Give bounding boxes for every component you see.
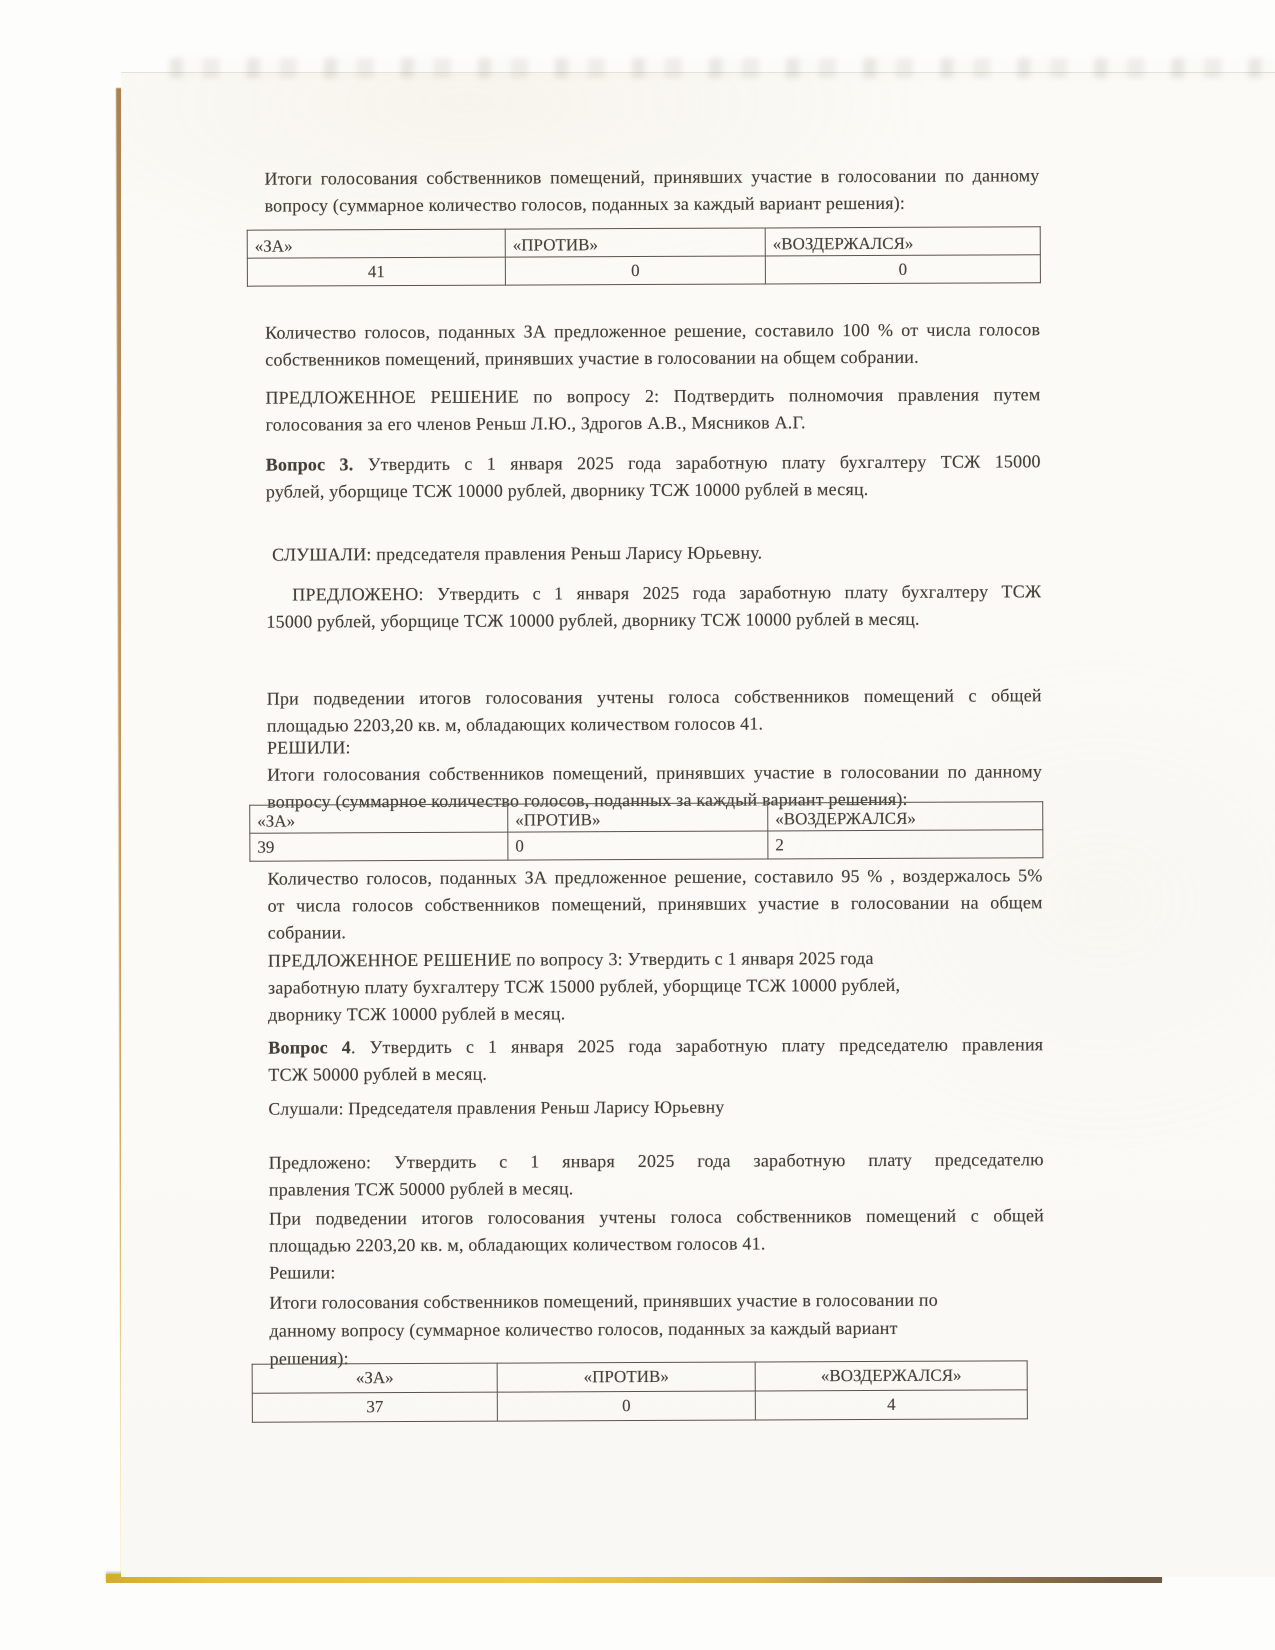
scanned-document-page: Итоги голосования собственников помещени… <box>0 0 1275 1650</box>
header-za: «ЗА» <box>247 229 505 258</box>
paragraph-results-intro-3: Итоги голосования собственников помещени… <box>269 1285 1019 1372</box>
paragraph-question-4: Вопрос 4. Утвердить с 1 января 2025 года… <box>268 1031 1043 1088</box>
question-4-text: . Утвердить с 1 января 2025 года заработ… <box>351 1034 1043 1057</box>
value-vozderzhalsya: 0 <box>765 255 1040 284</box>
paragraph-proposed-decision-q2: ПРЕДЛОЖЕННОЕ РЕШЕНИЕ по вопросу 2: Подтв… <box>265 381 1040 438</box>
paragraph-tally-q4: При подведении итогов голосования учтены… <box>269 1202 1044 1259</box>
vote-table-question3: «ЗА» «ПРОТИВ» «ВОЗДЕРЖАЛСЯ» 39 0 2 <box>249 801 1043 861</box>
question-4-label: Вопрос 4 <box>268 1037 351 1057</box>
paragraph-offered-q3: ПРЕДЛОЖЕНО: Утвердить с 1 января 2025 го… <box>266 578 1041 635</box>
paragraph-proposed-decision-q3: ПРЕДЛОЖЕННОЕ РЕШЕНИЕ по вопросу 3: Утвер… <box>268 944 1008 1028</box>
vote-table-values-row: 39 0 2 <box>250 830 1043 861</box>
header-vozderzhalsya: «ВОЗДЕРЖАЛСЯ» <box>768 802 1043 831</box>
header-protiv: «ПРОТИВ» <box>508 803 768 832</box>
vote-table-values-row: 41 0 0 <box>247 255 1040 286</box>
header-protiv: «ПРОТИВ» <box>497 1362 755 1392</box>
header-vozderzhalsya: «ВОЗДЕРЖАЛСЯ» <box>755 1361 1027 1391</box>
paragraph-votes-for-95: Количество голосов, поданных ЗА предложе… <box>267 862 1042 946</box>
paragraph-question-3: Вопрос 3. Утвердить с 1 января 2025 года… <box>266 448 1041 505</box>
value-vozderzhalsya: 2 <box>768 830 1043 859</box>
value-za: 39 <box>250 832 508 861</box>
page-content: Итоги голосования собственников помещени… <box>0 0 1275 1650</box>
paragraph-results-intro-1: Итоги голосования собственников помещени… <box>264 162 1039 219</box>
paragraph-heard-q4: Слушали: Председателя правления Реньш Ла… <box>268 1092 1043 1122</box>
value-protiv: 0 <box>505 256 765 285</box>
vote-table-question2: «ЗА» «ПРОТИВ» «ВОЗДЕРЖАЛСЯ» 41 0 0 <box>247 226 1041 286</box>
header-protiv: «ПРОТИВ» <box>505 228 765 257</box>
header-za: «ЗА» <box>250 804 508 833</box>
label-resolved-upper: РЕШИЛИ: <box>267 731 1042 761</box>
header-za: «ЗА» <box>252 1363 497 1393</box>
header-vozderzhalsya: «ВОЗДЕРЖАЛСЯ» <box>765 227 1040 256</box>
vote-table-header-row: «ЗА» «ПРОТИВ» «ВОЗДЕРЖАЛСЯ» <box>252 1361 1027 1393</box>
vote-table-header-row: «ЗА» «ПРОТИВ» «ВОЗДЕРЖАЛСЯ» <box>247 227 1040 258</box>
vote-table-values-row: 37 0 4 <box>252 1390 1027 1422</box>
value-za: 37 <box>252 1392 497 1422</box>
vote-table-question4: «ЗА» «ПРОТИВ» «ВОЗДЕРЖАЛСЯ» 37 0 4 <box>252 1360 1028 1422</box>
question-3-text: Утвердить с 1 января 2025 года заработну… <box>353 451 1040 474</box>
value-protiv: 0 <box>497 1391 755 1421</box>
question-3-label: Вопрос 3. <box>266 454 354 474</box>
value-vozderzhalsya: 4 <box>755 1390 1027 1420</box>
value-protiv: 0 <box>508 831 768 860</box>
vote-table-header-row: «ЗА» «ПРОТИВ» «ВОЗДЕРЖАЛСЯ» <box>250 802 1043 833</box>
paragraph-votes-for-100: Количество голосов, поданных ЗА предложе… <box>265 316 1040 373</box>
paragraph-offered-q4: Предложено: Утвердить с 1 января 2025 го… <box>269 1146 1044 1203</box>
paragraph-heard-q3: СЛУШАЛИ: председателя правления Реньш Ла… <box>272 538 1047 568</box>
value-za: 41 <box>247 257 505 286</box>
label-resolved-lower: Решили: <box>269 1256 1044 1286</box>
